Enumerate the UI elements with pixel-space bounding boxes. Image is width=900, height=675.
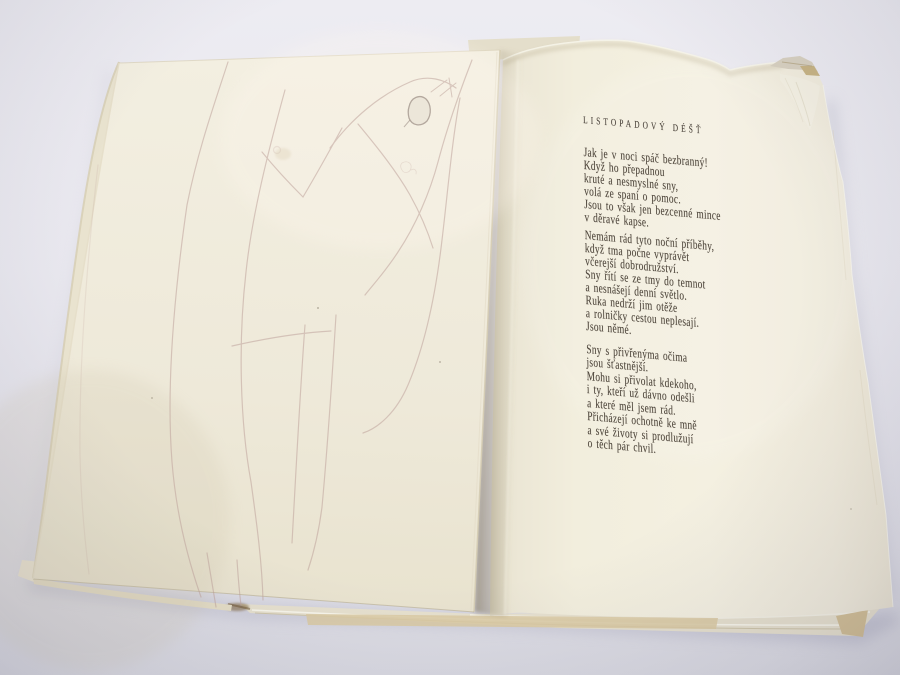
poem-stanza-2: Nemám rád tyto noční příběhy, když tma p…	[585, 229, 731, 345]
paper-smudge	[275, 148, 291, 160]
paper-speck	[317, 307, 319, 309]
poem-stanza-3: Sny s přivřenýma očima jsou šťastnější. …	[586, 342, 732, 463]
paper-speck	[439, 361, 441, 363]
left-page	[0, 30, 540, 670]
poem-stanza-1: Jak je v noci spáč bezbranný! Když ho př…	[583, 146, 728, 236]
photo-open-book: LISTOPADOVÝ DÉŠŤ Jak je v noci spáč bezb…	[0, 0, 900, 675]
book-illustration	[0, 0, 900, 675]
right-page-text: LISTOPADOVÝ DÉŠŤ Jak je v noci spáč bezb…	[583, 114, 732, 462]
paper-speck	[850, 508, 852, 510]
paper-speck	[151, 397, 153, 399]
sketch-eye-shape	[408, 97, 430, 125]
